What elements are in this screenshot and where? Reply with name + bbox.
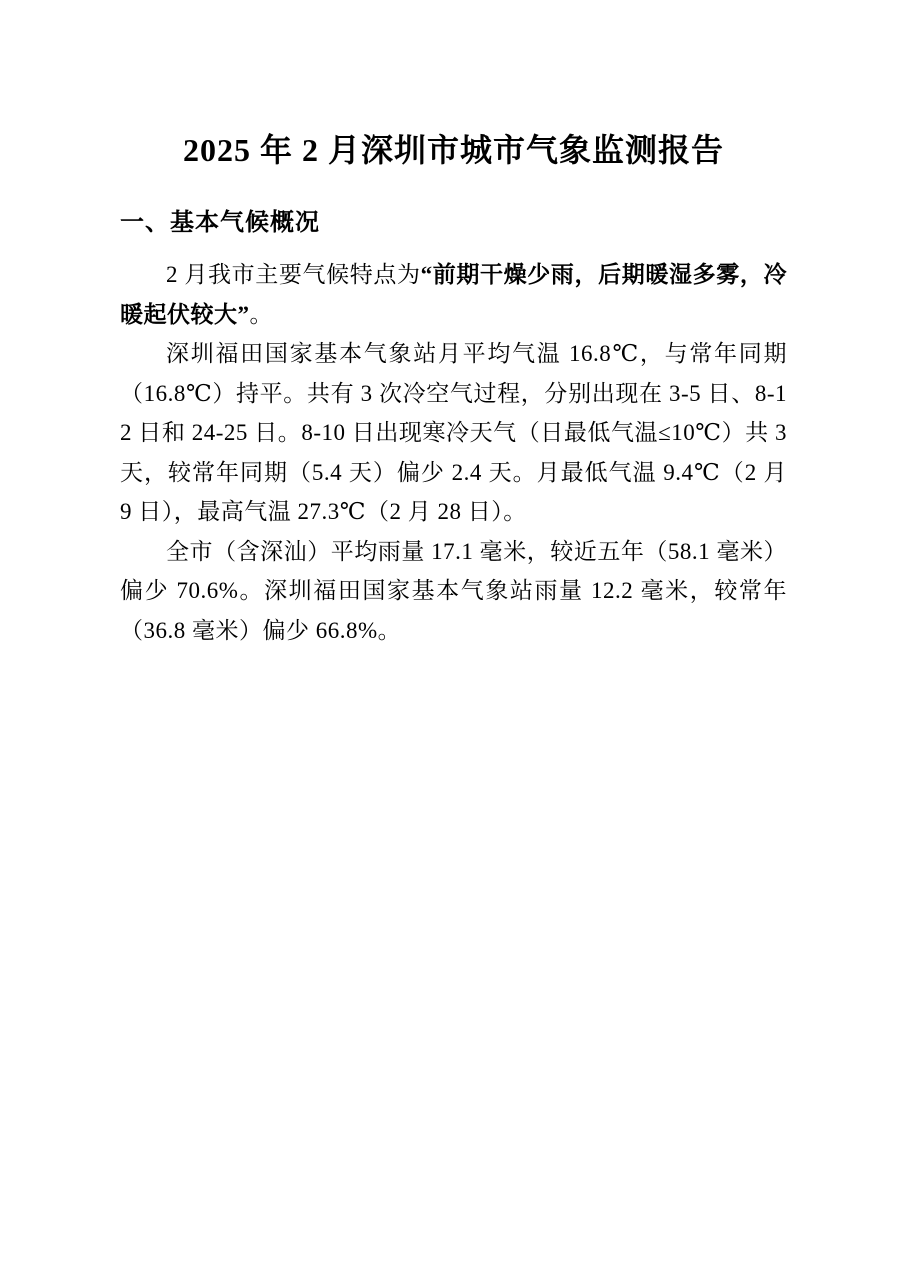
paragraph-rainfall-summary: 全市（含深汕）平均雨量 17.1 毫米，较近五年（58.1 毫米）偏少 70.6…: [120, 532, 787, 651]
paragraph-temperature-summary: 深圳福田国家基本气象站月平均气温 16.8℃，与常年同期（16.8℃）持平。共有…: [120, 334, 787, 532]
climate-features-prefix: 2 月我市主要气候特点为: [166, 262, 421, 287]
document-title: 2025 年 2 月深圳市城市气象监测报告: [120, 128, 787, 172]
section-heading-basic-climate-overview: 一、基本气候概况: [120, 210, 787, 236]
paragraph-climate-features: 2 月我市主要气候特点为“前期干燥少雨，后期暖湿多雾，冷暖起伏较大”。: [120, 255, 787, 334]
climate-features-suffix: 。: [250, 302, 274, 327]
document-page: 2025 年 2 月深圳市城市气象监测报告 一、基本气候概况 2 月我市主要气候…: [0, 0, 900, 1273]
document-body: 2 月我市主要气候特点为“前期干燥少雨，后期暖湿多雾，冷暖起伏较大”。 深圳福田…: [120, 255, 787, 650]
